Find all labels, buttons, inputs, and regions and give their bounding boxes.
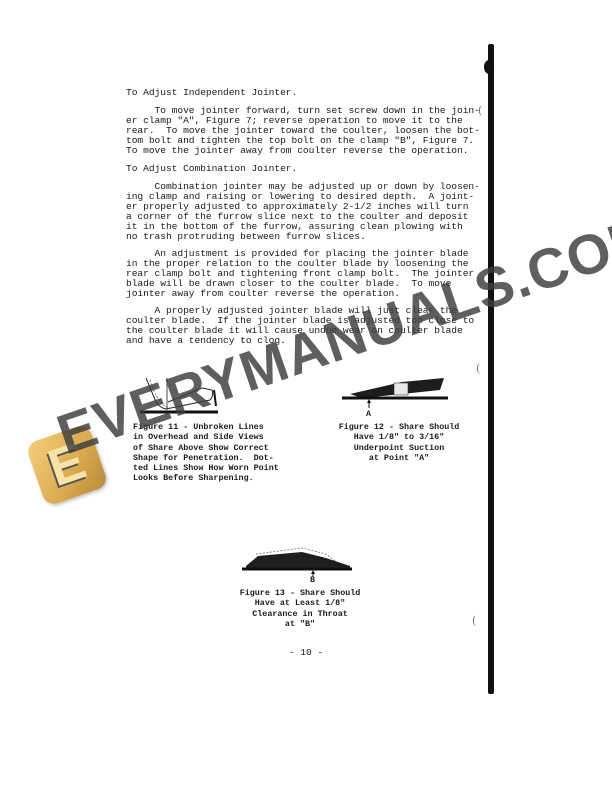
figure-12-point-label: A xyxy=(366,409,371,419)
figure-13-caption: Figure 13 - Share Should Have at Least 1… xyxy=(238,588,362,629)
paragraph-combination-jointer-1: Combination jointer may be adjusted up o… xyxy=(126,182,480,242)
figure-13-point-label: B xyxy=(310,575,315,585)
binding-ring xyxy=(484,60,494,74)
figure-13-share-drawing xyxy=(242,544,354,578)
figure-12-share-drawing xyxy=(342,372,454,418)
section-heading-combination-jointer: To Adjust Combination Jointer. xyxy=(126,164,297,174)
scan-smudge: ( xyxy=(476,362,480,375)
binding-edge xyxy=(488,44,494,694)
section-heading-independent-jointer: To Adjust Independent Jointer. xyxy=(126,88,297,98)
paragraph-independent-jointer: To move jointer forward, turn set screw … xyxy=(126,106,480,156)
scan-smudge: ( xyxy=(478,104,482,117)
manual-page: To Adjust Independent Jointer. To move j… xyxy=(0,0,612,792)
scan-smudge: ( xyxy=(472,614,476,627)
page-number: - 10 - xyxy=(0,648,612,658)
figure-12-caption: Figure 12 - Share Should Have 1/8" to 3/… xyxy=(334,422,464,463)
